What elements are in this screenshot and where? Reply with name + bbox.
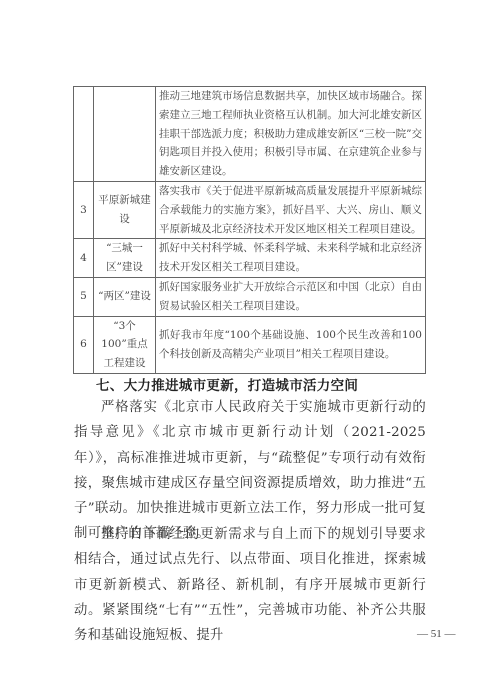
project-table: 推动三地建筑市场信息数据共享，加快区域市场融合。探索建立三地工程师执业资格互认机… (73, 86, 426, 374)
row-number: 3 (74, 181, 94, 238)
body-paragraph: 坚持自下而上的更新需求与自上而下的规划引导要求相结合，通过试点先行、以点带面、项… (74, 522, 426, 648)
table-row: 3 平原新城建设 落实我市《关于促进平原新城高质量发展提升平原新城综合承载能力的… (74, 181, 426, 238)
row-number: 4 (74, 239, 94, 278)
table-row: 4 “三城一区”建设 抓好中关村科学城、怀柔科学城、未来科学城和北京经济技术开发… (74, 239, 426, 278)
row-description: 推动三地建筑市场信息数据共享，加快区域市场融合。探索建立三地工程师执业资格互认机… (156, 87, 426, 182)
page-number: — 51 — (417, 628, 456, 640)
table-row: 6 “3个100”重点工程建设 抓好我市年度“100个基础设施、100个民生改善… (74, 316, 426, 373)
row-number (74, 87, 94, 182)
row-description: 抓好我市年度“100个基础设施、100个民生改善和100个科技创新及高精尖产业项… (156, 316, 426, 373)
row-name: “三城一区”建设 (94, 239, 156, 278)
section-heading: 七、大力推进城市更新，打造城市活力空间 (96, 374, 358, 394)
table-row: 推动三地建筑市场信息数据共享，加快区域市场融合。探索建立三地工程师执业资格互认机… (74, 87, 426, 182)
row-number: 6 (74, 316, 94, 373)
table-row: 5 “两区”建设 抓好国家服务业扩大开放综合示范区和中国（北京）自由贸易试验区相… (74, 277, 426, 316)
row-description: 抓好国家服务业扩大开放综合示范区和中国（北京）自由贸易试验区相关工程项目建设。 (156, 277, 426, 316)
document-page: 推动三地建筑市场信息数据共享，加快区域市场融合。探索建立三地工程师执业资格互认机… (0, 0, 495, 700)
row-name (94, 87, 156, 182)
row-number: 5 (74, 277, 94, 316)
row-description: 抓好中关村科学城、怀柔科学城、未来科学城和北京经济技术开发区相关工程项目建设。 (156, 239, 426, 278)
row-name: “3个100”重点工程建设 (94, 316, 156, 373)
row-name: 平原新城建设 (94, 181, 156, 238)
row-description: 落实我市《关于促进平原新城高质量发展提升平原新城综合承载能力的实施方案》，抓好昌… (156, 181, 426, 238)
row-name: “两区”建设 (94, 277, 156, 316)
